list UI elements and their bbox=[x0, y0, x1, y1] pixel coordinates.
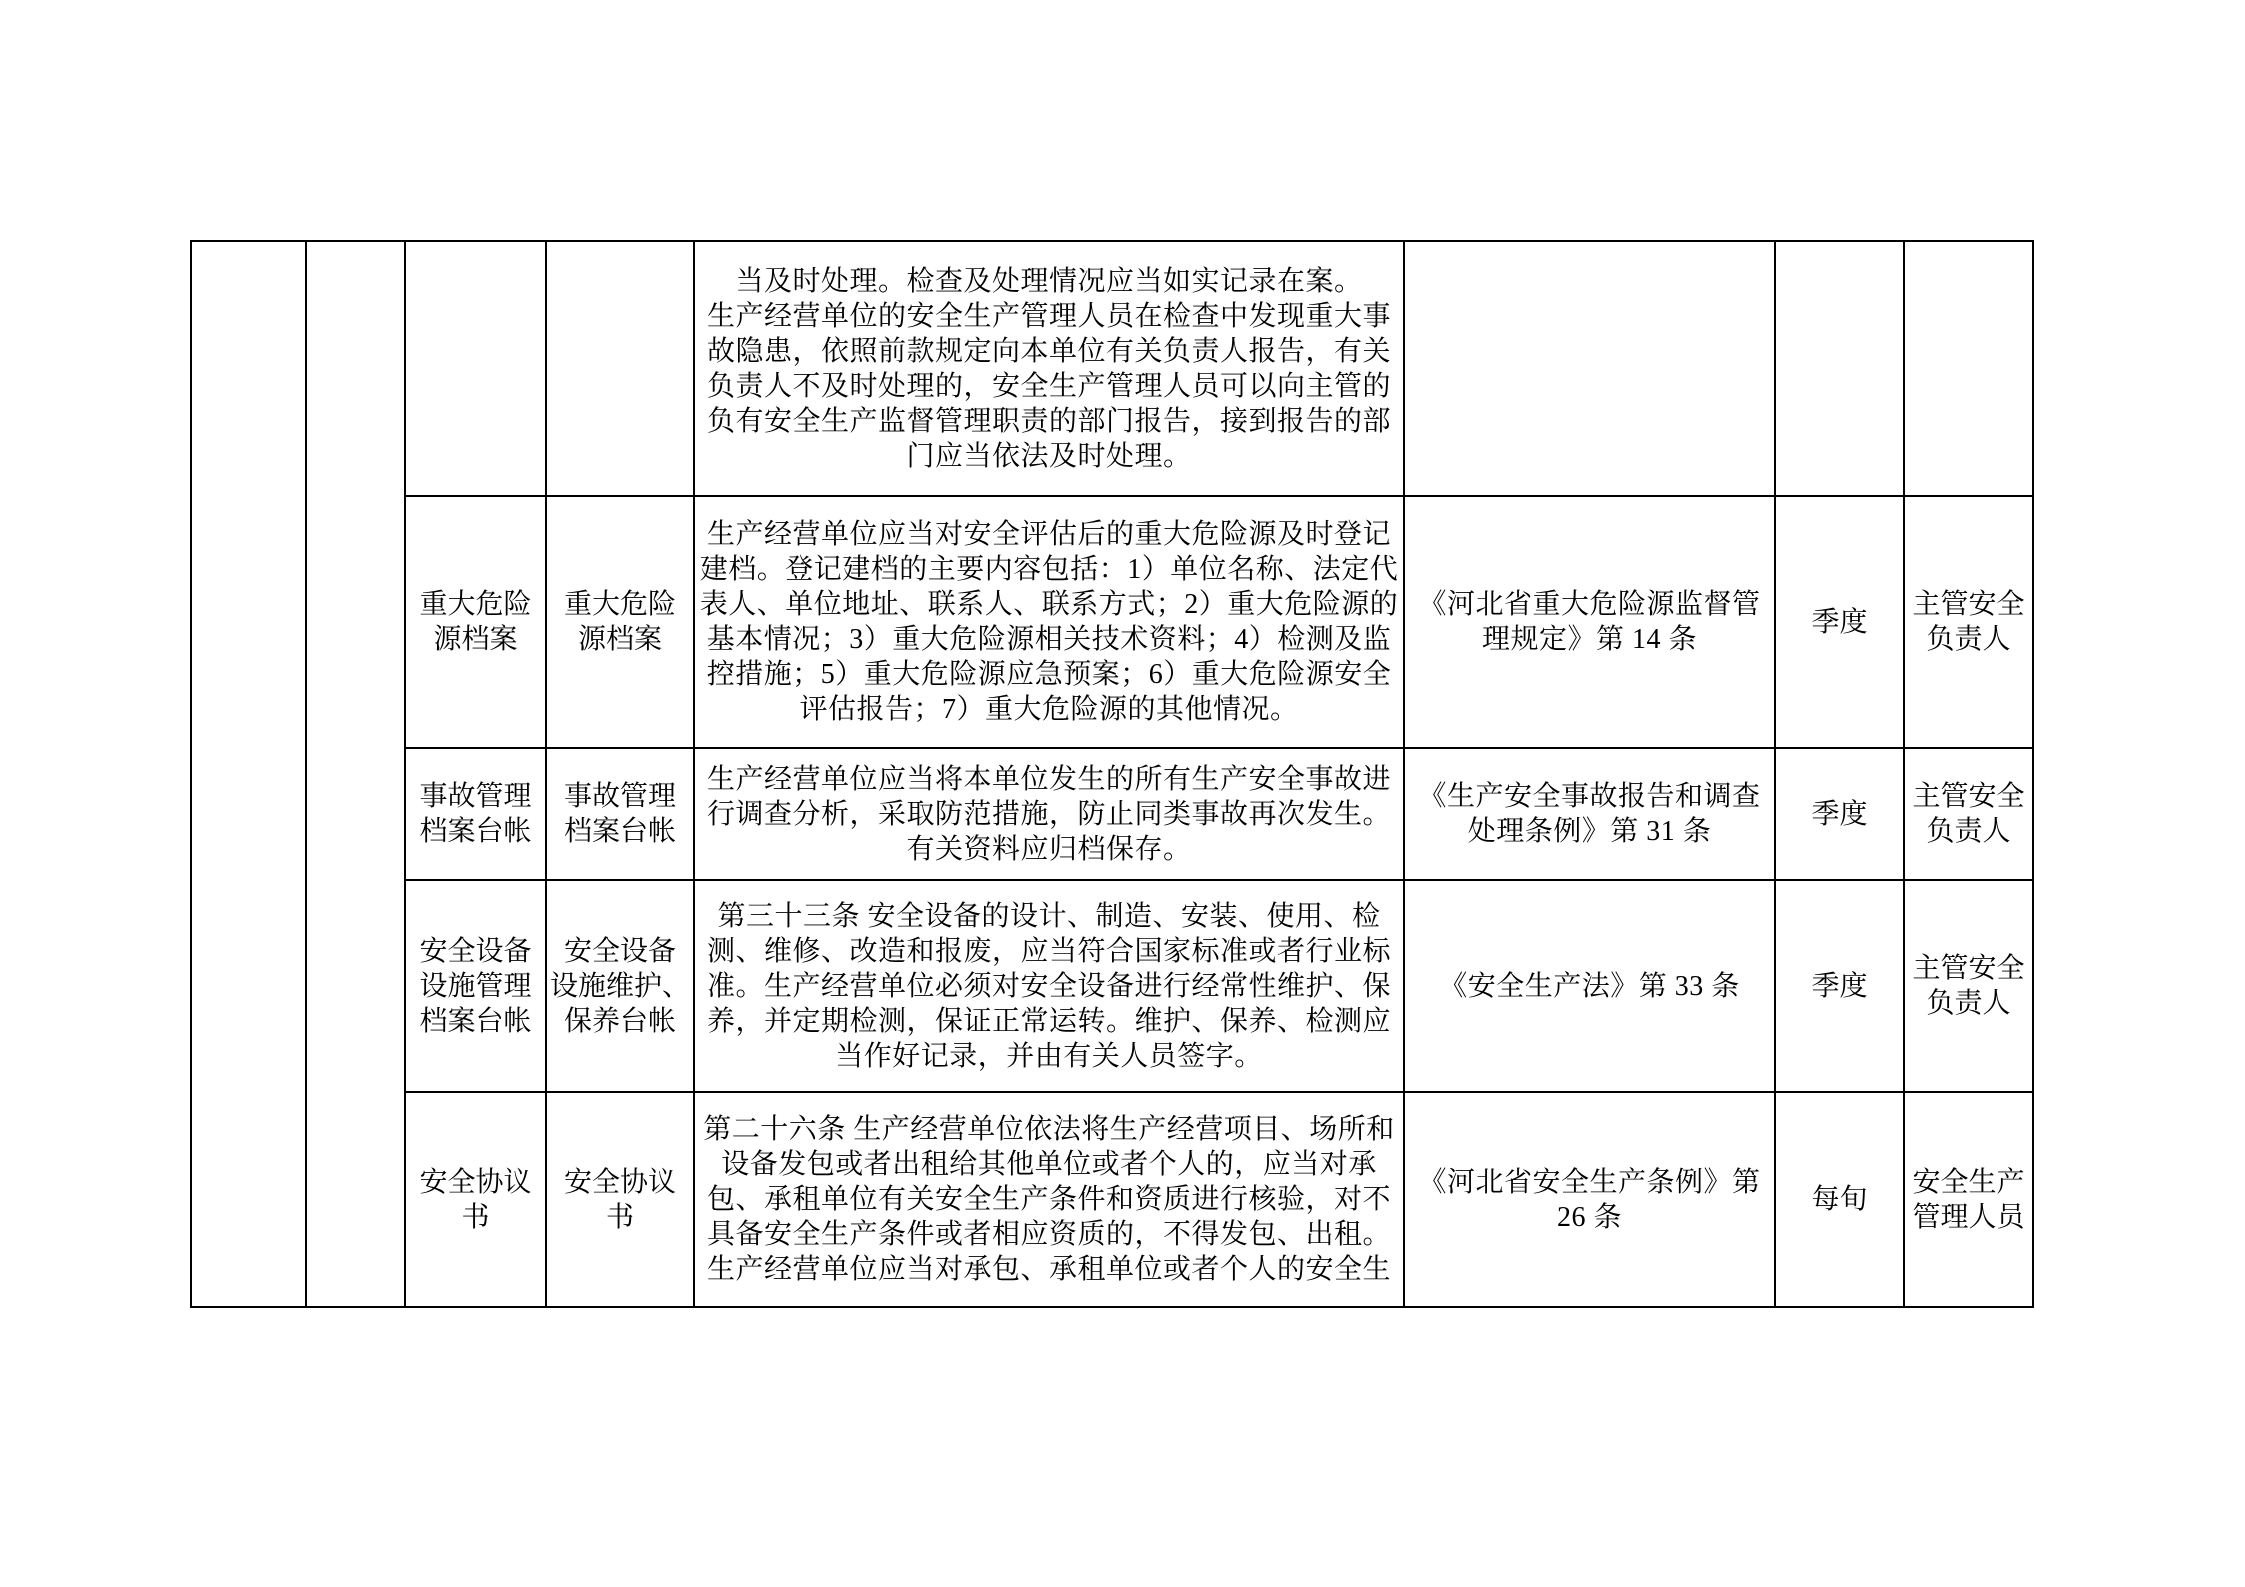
table-row: 当及时处理。检查及处理情况应当如实记录在案。 生产经营单位的安全生产管理人员在检… bbox=[191, 241, 2033, 496]
cell-frequency: 每旬 bbox=[1775, 1092, 1904, 1307]
cell-responsible: 主管安全 负责人 bbox=[1904, 880, 2033, 1092]
cell-responsible: 主管安全 负责人 bbox=[1904, 496, 2033, 748]
cell-category-spacer bbox=[191, 241, 306, 1307]
table-row: 安全设备 设施管理 档案台帐 安全设备 设施维护、 保养台帐 第三十三条 安全设… bbox=[191, 880, 2033, 1092]
cell-frequency bbox=[1775, 241, 1904, 496]
cell-subcategory-spacer bbox=[306, 241, 405, 1307]
cell-responsible: 安全生产 管理人员 bbox=[1904, 1092, 2033, 1307]
cell-description: 生产经营单位应当将本单位发生的所有生产安全事故进行调查分析，采取防范措施，防止同… bbox=[694, 748, 1404, 880]
cell-legal-basis: 《生产安全事故报告和调查 处理条例》第 31 条 bbox=[1404, 748, 1775, 880]
cell-ledger-name: 安全协议 书 bbox=[546, 1092, 694, 1307]
cell-frequency: 季度 bbox=[1775, 748, 1904, 880]
cell-archive-name: 安全协议 书 bbox=[405, 1092, 546, 1307]
cell-description: 生产经营单位应当对安全评估后的重大危险源及时登记建档。登记建档的主要内容包括：1… bbox=[694, 496, 1404, 748]
cell-ledger-name: 安全设备 设施维护、 保养台帐 bbox=[546, 880, 694, 1092]
cell-ledger-name: 事故管理 档案台帐 bbox=[546, 748, 694, 880]
cell-ledger-name bbox=[546, 241, 694, 496]
document-page: 当及时处理。检查及处理情况应当如实记录在案。 生产经营单位的安全生产管理人员在检… bbox=[0, 0, 2245, 1587]
table-row: 事故管理 档案台帐 事故管理 档案台帐 生产经营单位应当将本单位发生的所有生产安… bbox=[191, 748, 2033, 880]
cell-archive-name: 事故管理 档案台帐 bbox=[405, 748, 546, 880]
cell-description: 第二十六条 生产经营单位依法将生产经营项目、场所和设备发包或者出租给其他单位或者… bbox=[694, 1092, 1404, 1307]
cell-archive-name: 安全设备 设施管理 档案台帐 bbox=[405, 880, 546, 1092]
table-row: 重大危险 源档案 重大危险 源档案 生产经营单位应当对安全评估后的重大危险源及时… bbox=[191, 496, 2033, 748]
cell-archive-name: 重大危险 源档案 bbox=[405, 496, 546, 748]
cell-frequency: 季度 bbox=[1775, 880, 1904, 1092]
cell-responsible bbox=[1904, 241, 2033, 496]
cell-legal-basis bbox=[1404, 241, 1775, 496]
cell-description: 当及时处理。检查及处理情况应当如实记录在案。 生产经营单位的安全生产管理人员在检… bbox=[694, 241, 1404, 496]
cell-archive-name bbox=[405, 241, 546, 496]
cell-responsible: 主管安全 负责人 bbox=[1904, 748, 2033, 880]
cell-legal-basis: 《安全生产法》第 33 条 bbox=[1404, 880, 1775, 1092]
cell-legal-basis: 《河北省重大危险源监督管 理规定》第 14 条 bbox=[1404, 496, 1775, 748]
table-row: 安全协议 书 安全协议 书 第二十六条 生产经营单位依法将生产经营项目、场所和设… bbox=[191, 1092, 2033, 1307]
cell-ledger-name: 重大危险 源档案 bbox=[546, 496, 694, 748]
cell-legal-basis: 《河北省安全生产条例》第 26 条 bbox=[1404, 1092, 1775, 1307]
cell-description: 第三十三条 安全设备的设计、制造、安装、使用、检测、维修、改造和报废，应当符合国… bbox=[694, 880, 1404, 1092]
cell-frequency: 季度 bbox=[1775, 496, 1904, 748]
document-table: 当及时处理。检查及处理情况应当如实记录在案。 生产经营单位的安全生产管理人员在检… bbox=[190, 240, 2034, 1308]
